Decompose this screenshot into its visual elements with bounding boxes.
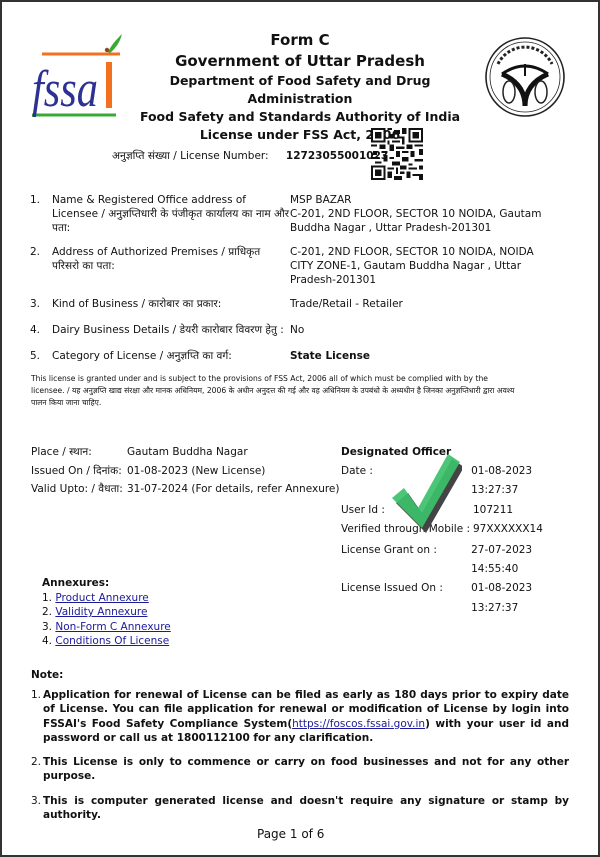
license-number-row: अनुज्ञप्ति संख्या / License Number: 1272… [112,149,388,163]
note-item: 2.This License is only to commence or ca… [31,755,569,784]
officer-label: License Grant on : [341,541,471,579]
place-label: Place / स्थान: [31,443,127,462]
annexure-item: 4. Conditions Of License [42,634,171,649]
field-licensee-name: 1. Name & Registered Office address of L… [30,193,570,235]
page-number: Page 1 of 6 [257,827,324,841]
field-number: 5. [30,349,52,363]
issued-on-row: Issued On / दिनांक:01-08-2023 (New Licen… [31,462,340,481]
license-issued-row: License Issued On :01-08-2023 13:27:37 [341,579,581,617]
annexure-item: 2. Validity Annexure [42,605,171,620]
field-value: Trade/Retail - Retailer [290,297,555,311]
field-value: MSP BAZARC-201, 2ND FLOOR, SECTOR 10 NOI… [290,193,555,235]
department-title: Department of Food Safety and Drug Admin… [130,72,470,108]
field-value: C-201, 2ND FLOOR, SECTOR 10 NOIDA, NOIDA… [290,245,555,287]
field-premises-address: 2. Address of Authorized Premises / प्रा… [30,245,570,287]
fssai-logo: fssa [28,32,122,122]
license-disclaimer: This license is granted under and is sub… [31,373,521,409]
note-title: Note: [31,669,63,681]
place-dates-block: Place / स्थान:Gautam Buddha Nagar Issued… [31,443,340,499]
field-label: Address of Authorized Premises / प्राधिक… [52,245,290,287]
field-value: State License [290,349,555,363]
valid-upto-label: Valid Upto: / वैधता: [31,480,127,499]
license-number-label: अनुज्ञप्ति संख्या / License Number: [112,150,269,162]
conditions-of-license-link[interactable]: Conditions Of License [55,635,169,647]
up-government-emblem [484,34,566,124]
field-label: Kind of Business / कारोबार का प्रकार: [52,297,290,311]
note-item: 1. Application for renewal of License ca… [31,688,569,745]
product-annexure-link[interactable]: Product Annexure [55,592,148,604]
officer-value: 97XXXXXX14 [473,520,543,539]
field-number: 4. [30,323,52,337]
field-number: 1. [30,193,52,235]
issued-on-value: 01-08-2023 (New License) [127,462,265,481]
validity-annexure-link[interactable]: Validity Annexure [55,606,147,618]
field-label: Dairy Business Details / डेयरी कारोबार व… [52,323,290,337]
field-number: 2. [30,245,52,287]
field-label: Category of License / अनुज्ञप्ति का वर्ग… [52,349,290,363]
field-label: Name & Registered Office address of Lice… [52,193,290,235]
field-dairy-business: 4. Dairy Business Details / डेयरी कारोबा… [30,323,570,337]
annexure-item: 3. Non-Form C Annexure [42,620,171,635]
government-title: Government of Uttar Pradesh [130,50,470,72]
annexures-block: Annexures: 1. Product Annexure 2. Validi… [42,576,171,649]
officer-value: 01-08-2023 13:27:37 [471,579,581,617]
qr-code [371,128,423,180]
form-title: Form C [130,31,470,50]
field-value: No [290,323,555,337]
valid-upto-row: Valid Upto: / वैधता:31-07-2024 (For deta… [31,480,340,499]
note-item: 3.This is computer generated license and… [31,794,569,823]
officer-label: License Issued On : [341,579,471,617]
non-form-c-annexure-link[interactable]: Non-Form C Annexure [55,621,170,633]
field-number: 3. [30,297,52,311]
field-license-category: 5. Category of License / अनुज्ञप्ति का व… [30,349,570,363]
field-kind-of-business: 3. Kind of Business / कारोबार का प्रकार:… [30,297,570,311]
svg-text:fssa: fssa [32,61,98,118]
place-value: Gautam Buddha Nagar [127,443,248,462]
officer-value: 27-07-2023 14:55:40 [471,541,581,579]
officer-value: 01-08-2023 13:27:37 [471,462,581,500]
annexure-item: 1. Product Annexure [42,591,171,606]
license-grant-row: License Grant on :27-07-2023 14:55:40 [341,541,581,579]
foscos-link[interactable]: https://foscos.fssai.gov.in [292,718,425,730]
authority-title: Food Safety and Standards Authority of I… [130,108,470,126]
place-row: Place / स्थान:Gautam Buddha Nagar [31,443,340,462]
valid-upto-value: 31-07-2024 (For details, refer Annexure) [127,480,340,499]
verified-checkmark-icon [388,452,462,536]
notes-list: 1. Application for renewal of License ca… [31,688,569,832]
officer-value: 107211 [473,501,513,520]
issued-on-label: Issued On / दिनांक: [31,462,127,481]
annexures-title: Annexures: [42,576,171,591]
